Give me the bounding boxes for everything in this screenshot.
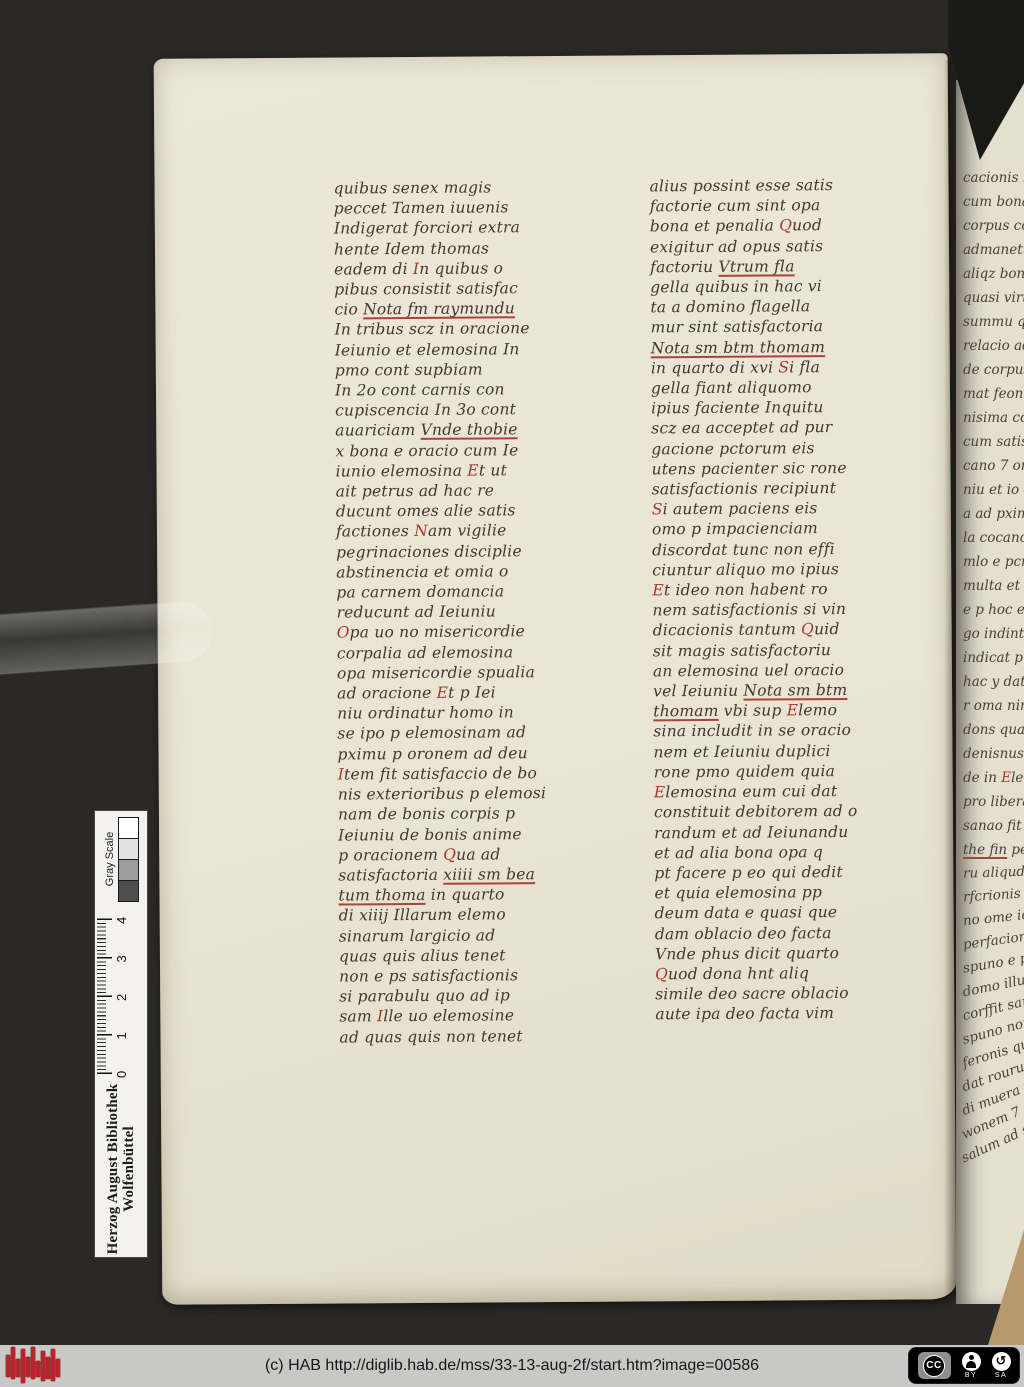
manuscript-line: hente Idem thomas <box>334 237 646 259</box>
manuscript-line: auariciam Vnde thobie <box>335 419 647 441</box>
facing-text-fragment: indicat pr <box>956 646 1024 670</box>
facing-text-fragment: la cocano a <box>956 526 1024 550</box>
facing-text-fragment: go indint ut <box>956 622 1024 646</box>
manuscript-line: sit magis satisfactoriu <box>653 639 965 661</box>
manuscript-line: nis exterioribus p elemosi <box>338 782 650 804</box>
facing-text-fragment: de in Elemos <box>956 766 1024 790</box>
manuscript-line: peccet Tamen iuuenis <box>334 197 646 219</box>
manuscript-line: constituit debitorem ad o <box>654 800 966 822</box>
manuscript-line: mur sint satisfactoria <box>650 316 962 338</box>
ruler-number: 1 <box>114 1032 129 1039</box>
manuscript-column-left: quibus senex magispeccet Tamen iuuenisIn… <box>334 176 652 1047</box>
manuscript-line: pa carnem domancia <box>336 580 648 602</box>
cc-circle-glyph: CC <box>923 1355 945 1377</box>
manuscript-line: sam Ille uo elemosine <box>339 1005 651 1027</box>
facing-text-fragment: corpus conse <box>956 214 1024 238</box>
cc-logo-icon: CC <box>918 1352 951 1379</box>
manuscript-line: satisfactionis recipiunt <box>652 477 964 499</box>
manuscript-line: Vnde phus dicit quarto <box>655 942 967 964</box>
manuscript-line: aute ipa deo facta vim <box>655 1002 967 1024</box>
manuscript-line: ait petrus ad hac re <box>336 479 648 501</box>
facing-text-fragment: aliqz bona <box>956 262 1024 286</box>
manuscript-line: cupiscencia In 3o cont <box>335 399 647 421</box>
manuscript-line: ipius faciente Inquitu <box>651 396 963 418</box>
library-name-line2: Wolfenbüttel <box>121 1081 138 1257</box>
manuscript-line: iunio elemosina Et ut <box>335 459 647 481</box>
manuscript-line: et ad alia bona opa q <box>654 841 966 863</box>
manuscript-line: factorie cum sint opa <box>650 194 962 216</box>
manuscript-line: Quod dona hnt aliq <box>655 962 967 984</box>
library-name-line1: Herzog August Bibliothek <box>105 1081 122 1257</box>
facing-text-fragment: cum bona s <box>956 190 1024 214</box>
manuscript-line: exigitur ad opus satis <box>650 235 962 257</box>
footer-bar: (c) HAB http://diglib.hab.de/mss/33-13-a… <box>0 1345 1024 1387</box>
manuscript-line: non e ps satisfactionis <box>339 964 651 986</box>
manuscript-line: Elemosina eum cui dat <box>654 780 966 802</box>
manuscript-line: et quia elemosina pp <box>654 881 966 903</box>
gray-swatch <box>118 880 139 902</box>
gray-scale-label: Gray Scale <box>104 832 116 886</box>
manuscript-line: x bona e oracio cum Ie <box>335 439 647 461</box>
facing-text-fragment: cum satisfact <box>956 430 1024 454</box>
manuscript-line: dam oblacio deo facta <box>655 922 967 944</box>
ruler-cm-ticks <box>97 917 112 1074</box>
digitized-photo-area: quibus senex magispeccet Tamen iuuenisIn… <box>0 0 1024 1345</box>
manuscript-line: Si autem paciens eis <box>652 497 964 519</box>
manuscript-line: ciuntur aliquo mo ipius <box>652 558 964 580</box>
manuscript-line: In 2o cont carnis con <box>335 378 647 400</box>
manuscript-line: pximu p oronem ad deu <box>337 742 649 764</box>
library-name: Herzog August Bibliothek Wolfenbüttel <box>95 1081 147 1257</box>
manuscript-line: simile deo sacre oblacio <box>655 982 967 1004</box>
facing-text-fragment: mat feonci <box>956 382 1024 406</box>
manuscript-line: Item fit satisfaccio de bo <box>338 762 650 784</box>
manuscript-line: gella quibus in hac vi <box>650 275 962 297</box>
manuscript-line: ad quas quis non tenet <box>339 1025 651 1047</box>
manuscript-line: Et ideo non habent ro <box>652 578 964 600</box>
manuscript-line: rone pmo quidem quia <box>654 760 966 782</box>
facing-text-fragment: admanetur <box>956 238 1024 262</box>
manuscript-line: opa misericordie spualia <box>337 661 649 683</box>
manuscript-line: sina includit in se oracio <box>653 720 965 742</box>
manuscript-line: scz ea acceptet ad pur <box>651 417 963 439</box>
facing-text-fragment: de corpus p <box>956 358 1024 382</box>
manuscript-line: an elemosina uel oracio <box>653 659 965 681</box>
manuscript-line: dicacionis tantum Quid <box>653 619 965 641</box>
facing-text-fragment: cacionis hy <box>956 166 1024 190</box>
gray-swatch <box>118 859 139 881</box>
manuscript-line: in quarto di xvi Si fla <box>651 356 963 378</box>
manuscript-line: p oracionem Qua ad <box>338 843 650 865</box>
manuscript-page: quibus senex magispeccet Tamen iuuenisIn… <box>154 53 957 1305</box>
manuscript-line: tum thoma in quarto <box>338 883 650 905</box>
facing-text-fragment: hac y dato el <box>956 670 1024 694</box>
manuscript-line: si parabulu quo ad ip <box>339 984 651 1006</box>
gray-scale-swatches <box>118 817 139 901</box>
manuscript-line: Nota sm btm thomam <box>651 336 963 358</box>
facing-text-fragment: mlo e pcraq <box>956 550 1024 574</box>
facing-text-fragment: summu qua <box>956 310 1024 334</box>
facing-text-fragment: r oma nimda <box>956 694 1024 718</box>
person-icon <box>962 1352 981 1371</box>
manuscript-line: Indigerat forciori extra <box>334 217 646 239</box>
manuscript-line: satisfactoria xiiii sm bea <box>338 863 650 885</box>
gray-swatch <box>118 838 139 860</box>
facing-text-fragment: denisnus idni <box>956 742 1024 766</box>
manuscript-line: omo p impacienciam <box>652 518 964 540</box>
manuscript-line: gella fiant aliquomo <box>651 376 963 398</box>
manuscript-line: nem et Ieiuniu duplici <box>653 740 965 762</box>
manuscript-line: sinarum largicio ad <box>339 924 651 946</box>
manuscript-line: Ieiunio et elemosina In <box>335 338 647 360</box>
facing-text-fragment: nisima comp <box>956 406 1024 430</box>
manuscript-line: alius possint esse satis <box>649 174 961 196</box>
manuscript-line: deum data e quasi que <box>655 901 967 923</box>
ruler-scale: 01234 <box>95 907 147 1081</box>
manuscript-line: bona et penalia Quod <box>650 215 962 237</box>
manuscript-line: reducunt ad Ieiuniu <box>336 601 648 623</box>
facing-text-fragment: sanao fit ps s <box>956 814 1024 838</box>
manuscript-line: eadem di In quibus o <box>334 257 646 279</box>
manuscript-line: abstinencia et omia o <box>336 560 648 582</box>
manuscript-line: In tribus scz in oracione <box>334 318 646 340</box>
facing-text-fragment: multa et ad <box>956 574 1024 598</box>
manuscript-line: vel Ieiuniu Nota sm btm <box>653 679 965 701</box>
share-alike-arrow-icon: ↺ <box>992 1352 1011 1371</box>
manuscript-line: quas quis alius tenet <box>339 944 651 966</box>
ruler-number: 0 <box>114 1071 129 1078</box>
facing-text-fragment: a ad pximore <box>956 502 1024 526</box>
manuscript-line: corpalia ad elemosina <box>337 641 649 663</box>
cc-by-icon: BY <box>962 1352 981 1379</box>
facing-text-fragment: niu et io du <box>956 478 1024 502</box>
manuscript-line: gacione pctorum eis <box>651 437 963 459</box>
manuscript-line: di xiiij Illarum elemo <box>339 904 651 926</box>
manuscript-line: pibus consistit satisfac <box>334 277 646 299</box>
ruler-number: 3 <box>114 955 129 962</box>
manuscript-line: quibus senex magis <box>334 176 646 198</box>
facing-text-fragment: the fin pe ma <box>956 838 1024 862</box>
manuscript-line: pmo cont supbiam <box>335 358 647 380</box>
manuscript-line: nam de bonis corpis p <box>338 803 650 825</box>
cc-license-badge: CC BY ↺ SA <box>908 1347 1020 1384</box>
cc-by-label: BY <box>965 1372 977 1379</box>
gray-swatch <box>118 817 139 839</box>
ruler-number: 2 <box>114 994 129 1001</box>
ruler-number: 4 <box>114 917 129 924</box>
facing-text-fragment: cano 7 oran <box>956 454 1024 478</box>
manuscript-line: cio Nota fm raymundu <box>334 298 646 320</box>
manuscript-line: nem satisfactionis si vin <box>652 598 964 620</box>
cc-sa-icon: ↺ SA <box>992 1352 1011 1379</box>
manuscript-line: pt facere p eo qui dedit <box>654 861 966 883</box>
footer-copyright: (c) HAB http://diglib.hab.de/mss/33-13-a… <box>0 1345 1024 1387</box>
manuscript-line: Ieiuniu de bonis anime <box>338 823 650 845</box>
manuscript-line: se ipo p elemosinam ad <box>337 722 649 744</box>
facing-text-fragment: pro liberat N <box>956 790 1024 814</box>
manuscript-line: pegrinaciones disciplie <box>336 540 648 562</box>
manuscript-line: ad oracione Et p Iei <box>337 681 649 703</box>
facing-text-fragment: relacio ad de <box>956 334 1024 358</box>
manuscript-line: Opa uo no misericordie <box>337 621 649 643</box>
manuscript-line: factoriu Vtrum fla <box>650 255 962 277</box>
manuscript-line: ta a domino flagella <box>650 295 962 317</box>
manuscript-column-right: alius possint esse satisfactorie cum sin… <box>649 174 967 1025</box>
cc-sa-label: SA <box>995 1372 1007 1379</box>
facing-text-fragment: quasi virtut <box>956 286 1024 310</box>
facing-text-fragment: dons quarto p <box>956 718 1024 742</box>
manuscript-line: niu ordinatur homo in <box>337 702 649 724</box>
manuscript-line: utens pacienter sic rone <box>651 457 963 479</box>
gray-scale-target: Gray Scale <box>95 811 147 907</box>
manuscript-line: factiones Nam vigilie <box>336 520 648 542</box>
scale-ruler-strip: Herzog August Bibliothek Wolfenbüttel 01… <box>94 810 148 1258</box>
facing-page-sliver: cacionis hycum bona scorpus conseadmanet… <box>956 80 1024 1304</box>
manuscript-line: randum et ad Ieiunandu <box>654 821 966 843</box>
facing-text-fragment: e p hoc elem <box>956 598 1024 622</box>
manuscript-line: ducunt omes alie satis <box>336 500 648 522</box>
manuscript-line: discordat tunc non effi <box>652 538 964 560</box>
manuscript-line: thomam vbi sup Elemo <box>653 699 965 721</box>
